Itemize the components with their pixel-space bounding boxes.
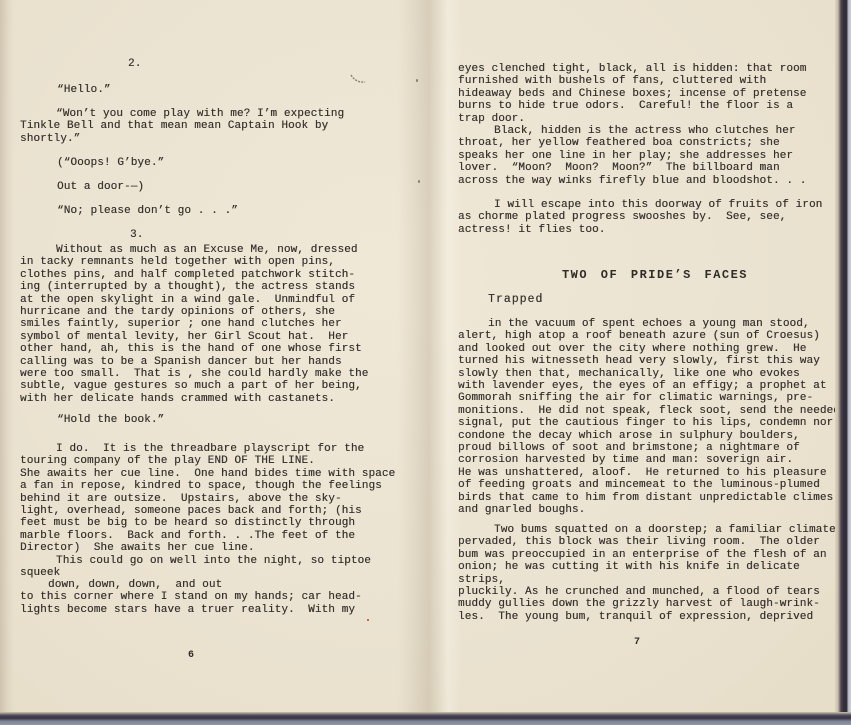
pen-mark: [346, 70, 372, 90]
paragraph-ooops: (“Ooops! G’bye.”: [57, 157, 457, 169]
paragraph-i-do: I do. It is the threadbare playscript fo…: [20, 443, 420, 555]
paragraph-hello: “Hello.”: [57, 84, 457, 96]
book-cover-right-edge: [835, 0, 851, 718]
book-cover-bottom-edge: [0, 712, 851, 725]
paragraph-eyes-clenched: eyes clenched tight, black, all is hidde…: [458, 63, 851, 125]
paragraph-dont-go: “No; please don’t go . . .”: [57, 205, 457, 217]
paragraph-two-bums: Two bums squatted on a doorstep; a famil…: [458, 524, 851, 623]
paragraph-black-hidden: Black, hidden is the actress who clutche…: [458, 125, 851, 187]
paragraph-i-will-escape: I will escape into this doorway of fruit…: [458, 199, 851, 236]
paragraph-tiptoe-squeek: This could go on well into the night, so…: [20, 555, 420, 580]
section-subheading-trapped: Trapped: [488, 293, 543, 306]
open-book-scan: 2. “Hello.” “Won’t you come play with me…: [0, 0, 851, 725]
right-page: eyes clenched tight, black, all is hidde…: [458, 0, 851, 700]
book-gutter-shadow: [398, 0, 462, 725]
paragraph-out-a-door: Out a door-—): [57, 181, 457, 193]
paragraph-vacuum-of-spent-echoes: in the vacuum of spent echoes a young ma…: [458, 318, 851, 517]
paragraph-hold-the-book: “Hold the book.”: [57, 414, 457, 426]
left-page: 2. “Hello.” “Won’t you come play with me…: [20, 0, 420, 700]
red-ink-speck: [367, 619, 369, 621]
left-page-edge-shadow: [0, 0, 14, 725]
chapter-heading: TWO OF PRIDE’S FACES: [458, 268, 851, 282]
page-number-left: 6: [188, 650, 194, 661]
page-number-right: 7: [634, 637, 640, 648]
paragraph-without-excuse-me: Without as much as an Excuse Me, now, dr…: [20, 244, 420, 405]
paragraph-down-down: down, down, down, and out to this corner…: [20, 579, 420, 616]
paragraph-play-invite: “Won’t you come play with me? I’m expect…: [20, 108, 420, 145]
